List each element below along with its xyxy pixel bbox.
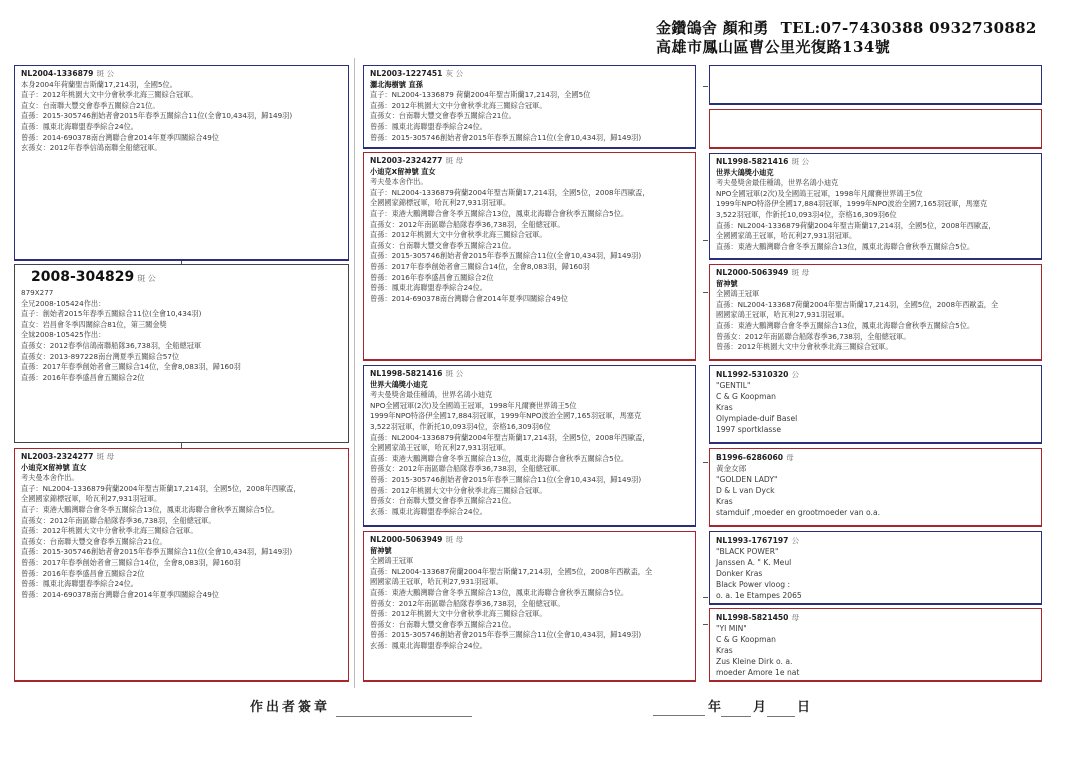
- loft-owner-name: 金鑽鴿舍 顏和勇: [656, 19, 769, 37]
- granddam-maternal-card: NL2000-5063949斑 母 留神號 全國鴿王冠軍 直孫：NL2004-1…: [363, 531, 696, 681]
- sex-color-label: 斑 母: [96, 452, 114, 461]
- achievement-line: 直孫：2015-305746創始者會2015年春季五關綜合11位(全會10,43…: [370, 251, 689, 262]
- sex-color-label: 母: [786, 453, 794, 462]
- info-line: "GENTIL": [716, 380, 1035, 391]
- achievement-line: 曾孫：2015-305746創始者會2015年春季五關綜合11位(全會10,43…: [370, 133, 689, 144]
- achievement-line: 曾孫：2015-305746創始者會2015年春季三關綜合11位(全會10,43…: [370, 630, 689, 641]
- achievement-line: 直孫：2016年春季盛昌會五關綜合2位: [21, 373, 342, 384]
- great-granddam-card-3: B1996-6286060母 黃金女郎 "GOLDEN LADY" D & L …: [709, 448, 1042, 526]
- achievement-line: 直孫女：台南聯大豐交會春季五關綜合21位。: [21, 537, 342, 548]
- achievement-line: 全國鴿王冠軍: [370, 556, 689, 567]
- achievement-line: 曾孫女：2012年南區聯合船隊春季36,738羽，全船總冠軍。: [370, 599, 689, 610]
- ring-number: NL1998-5821450母: [716, 612, 1035, 623]
- sex-color-label: 灰 公: [445, 69, 463, 78]
- achievement-line: 3,522羽冠軍，作新托10,093羽4位，奈格16,309羽6位: [716, 210, 1035, 221]
- achievement-line: NPO全國冠軍(2次)及全國鴿王冠軍，1998年凡爾賽世界鴿王5位: [716, 189, 1035, 200]
- achievement-line: 曾孫：2014-690378南台灣聯合會2014年夏季四關綜合49位: [370, 294, 689, 305]
- achievement-line: 直孫：NL2004-1336879荷蘭2004年聖吉斯蘭17,214羽，全國5位…: [370, 433, 689, 444]
- achievement-line: 考夫曼獎舍最佳種鴿，世界名鴿小迪克: [716, 178, 1035, 189]
- pigeon-name: 留神號: [370, 546, 689, 557]
- signature-label: 作出者簽章: [250, 696, 330, 715]
- sex-color-label: 斑 公: [791, 157, 809, 166]
- connector-line: [703, 292, 708, 293]
- achievement-line: 玄孫：鳳東北海聯盟春季綜合24位。: [370, 641, 689, 652]
- ring-number: NL2003-2324277斑 母: [21, 452, 342, 463]
- achievement-line: 曾孫女：2012年南區聯合船隊春季36,738羽，全船總冠軍。: [716, 332, 1035, 343]
- sex-color-label: 斑 公: [445, 369, 463, 378]
- achievement-line: 1999年NPO特洛伊全國17,884羽冠軍，1999年NPO波治全國7,165…: [716, 199, 1035, 210]
- sex-color-label: 母: [791, 613, 799, 622]
- achievement-line: 曾孫：2016年春季盛昌會五關綜合2位: [21, 569, 342, 580]
- day-blank-line[interactable]: [767, 716, 795, 717]
- info-line: 黃金女郎: [716, 463, 1035, 474]
- achievement-line: 全兄2008-105424作出：: [21, 299, 342, 310]
- granddam-paternal-card: NL2003-2324277斑 母 小迪克X留神號 直女 考夫曼本舍作出。 直子…: [363, 152, 696, 360]
- info-line: moeder Amore 1e nat: [716, 667, 1035, 678]
- info-line: Olympiade-duif Basel: [716, 413, 1035, 424]
- achievement-line: 直孫：2015-305746創始者會2015年春季五關綜合11位(全會10,43…: [21, 111, 342, 122]
- sex-color-label: 斑 母: [445, 535, 463, 544]
- achievement-line: 全妹2008-105425作出：: [21, 330, 342, 341]
- achievement-line: 直子：東港大鵬灣聯合會冬季五關綜合13位，鳳東北海聯合會秋季五關綜合5位。: [370, 209, 689, 220]
- info-line: Janssen A. " K. Meul: [716, 557, 1035, 568]
- achievement-line: 3,522羽冠軍，作新托10,093羽4位，奈格16,309羽6位: [370, 422, 689, 433]
- achievement-line: 直孫：鳳東北海聯盟春季綜合24位。: [21, 122, 342, 133]
- year-label: 年: [708, 696, 724, 715]
- achievement-line: 直子：創始者2015年春季五關綜合11位(全會10,434羽): [21, 309, 342, 320]
- sex-color-label: 公: [791, 370, 799, 379]
- achievement-line: 直孫：東港大鵬灣聯合會冬季五關綜合13位，鳳東北海聯合會秋季五關綜合5位。: [716, 242, 1035, 253]
- info-line: "YI MIN": [716, 623, 1035, 634]
- achievement-line: 直孫：東港大鵬灣聯合會冬季五關綜合13位，鳳東北海聯合會秋季五關綜合5位。: [370, 588, 689, 599]
- sire-card: NL2004-1336879斑 公 本身2004年荷蘭聖吉斯蘭17,214羽，全…: [14, 65, 349, 260]
- achievement-line: 直孫女：2012年南區聯合船隊春季36,738羽，全船總冠軍。: [21, 516, 342, 527]
- header-line-1: 金鑽鴿舍 顏和勇TEL:07-7430388 0932730882: [656, 19, 1056, 38]
- info-line: Black Power vloog :: [716, 579, 1035, 590]
- connector-line: [703, 624, 708, 625]
- achievement-line: 直子：東港大鵬灣聯合會冬季五關綜合13位，鳳東北海聯合會秋季五關綜合5位。: [21, 505, 342, 516]
- pigeon-name: 灑北海樹號 直孫: [370, 80, 689, 91]
- achievement-line: 直孫：NL2004-133687荷蘭2004年聖吉斯蘭17,214羽，全國5位，…: [716, 300, 1035, 311]
- achievement-line: 直孫女：台南聯大豐交會春季五關綜合21位。: [370, 111, 689, 122]
- achievement-line: 國國家鴿王冠軍，哈瓦利27,931羽冠軍。: [370, 577, 689, 588]
- ring-number: NL2003-1227451灰 公: [370, 69, 689, 80]
- sex-color-label: 公: [791, 536, 799, 545]
- achievement-line: 直女：台南聯大豐交會春季五關綜合21位。: [21, 101, 342, 112]
- achievement-line: 曾孫：鳳東北海聯盟春季綜合24位。: [21, 579, 342, 590]
- achievement-line: 考夫曼本舍作出。: [370, 177, 689, 188]
- ring-number: NL2004-1336879斑 公: [21, 69, 342, 80]
- ring-number: NL1992-5310320公: [716, 369, 1035, 380]
- achievement-line: 1999年NPO特洛伊全國17,884羽冠軍，1999年NPO波治全國7,165…: [370, 411, 689, 422]
- achievement-line: 879X277: [21, 288, 342, 299]
- achievement-line: 玄孫：鳳東北海聯盟春季綜合24位。: [370, 507, 689, 518]
- achievement-line: 直孫：2015-305746創始者會2015年春季五關綜合11位(全會10,43…: [21, 547, 342, 558]
- ring-number: NL2003-2324277斑 母: [370, 156, 689, 167]
- pigeon-name: 世界大鴿獎小迪克: [716, 168, 1035, 179]
- info-line: Donker Kras: [716, 568, 1035, 579]
- info-line: C & G Koopman: [716, 634, 1035, 645]
- connector-line: [703, 240, 708, 241]
- pigeon-name: 世界大鴿獎小迪克: [370, 380, 689, 391]
- achievement-line: 曾孫：2017年春季創始者會三關綜合14位，全會8,083羽，歸160羽: [370, 262, 689, 273]
- achievement-line: 直孫：NL2004-133687荷蘭2004年聖吉斯蘭17,214羽，全國5位，…: [370, 567, 689, 578]
- achievement-line: 直孫：東港大鵬灣聯合會冬季五關綜合13位，鳳東北海聯合會秋季五關綜合5位。: [716, 321, 1035, 332]
- connector-line: [703, 86, 708, 87]
- achievement-line: 全國國家鴿王冠軍，哈瓦利27,931羽冠軍。: [716, 231, 1035, 242]
- info-line: "BLACK POWER": [716, 546, 1035, 557]
- info-line: 1997 sportklasse: [716, 424, 1035, 435]
- ring-number: NL2000-5063949斑 母: [716, 268, 1035, 279]
- month-blank-line[interactable]: [721, 716, 751, 717]
- achievement-line: 曾孫：2014-690378南台灣聯合會2014年夏季四關綜合49位: [21, 590, 342, 601]
- achievement-line: 直子：NL2004-1336879 荷蘭2004年聖吉斯蘭17,214羽，全國5…: [370, 90, 689, 101]
- achievement-line: 直孫女：2012春季信鴿南聯船隊36,738羽，全船總冠軍: [21, 341, 342, 352]
- connector-line: [354, 58, 355, 688]
- achievement-line: 全國國家錦標冠軍，哈瓦利27,931羽冠軍。: [21, 494, 342, 505]
- great-granddam-card-2: NL2000-5063949斑 母 留神號 全國鴿王冠軍 直孫：NL2004-1…: [709, 264, 1042, 360]
- achievement-line: 曾孫：2012年桃園大文中分會秋季北海三關綜合冠軍。: [716, 342, 1035, 353]
- pigeon-name: 小迪克X留神號 直女: [370, 167, 689, 178]
- achievement-line: 直孫女：2013-897228南台灣夏季五關綜合57位: [21, 352, 342, 363]
- achievement-line: 直孫女：2012年南區聯合船隊春季36,738羽，全船總冠軍。: [370, 220, 689, 231]
- achievement-line: 曾孫：2017年春季創始者會三關綜合14位，全會8,083羽，歸160羽: [21, 558, 342, 569]
- achievement-line: 曾孫：2012年桃園大文中分會秋季北海三關綜合冠軍。: [370, 486, 689, 497]
- achievement-line: 曾孫：2015-305746創始者會2015年春季三關綜合11位(全會10,43…: [370, 475, 689, 486]
- achievement-line: 玄孫女：2012年春季信鴿南聯全船總冠軍。: [21, 143, 342, 154]
- achievement-line: 曾孫女：2012年南區聯合船隊春季36,738羽，全船總冠軍。: [370, 464, 689, 475]
- achievement-line: 考夫曼獎舍最佳種鴿，世界名鴿小迪克: [370, 390, 689, 401]
- connector-line: [703, 597, 708, 598]
- ring-number: NL1998-5821416斑 公: [370, 369, 689, 380]
- achievement-line: 曾孫：2014-690378南台灣聯合會2014年夏季四關綜合49位: [21, 133, 342, 144]
- info-line: o. a. 1e Etampes 2065: [716, 590, 1035, 601]
- subject-ring-number: 2008-304829斑 公: [21, 268, 342, 288]
- loft-address: 高雄市鳳山區曹公里光復路134號: [656, 38, 1056, 57]
- achievement-line: NPO全國冠軍(2次)及全國鴿王冠軍，1998年凡爾賽世界鴿王5位: [370, 401, 689, 412]
- great-grandsire-card-2: NL1998-5821416斑 公 世界大鴿獎小迪克 考夫曼獎舍最佳種鴿，世界名…: [709, 153, 1042, 259]
- achievement-line: 直女：岩昌會冬季四關綜合81位，第三關金獎: [21, 320, 342, 331]
- ring-number: NL1993-1767197公: [716, 535, 1035, 546]
- achievement-line: 本身2004年荷蘭聖吉斯蘭17,214羽，全國5位。: [21, 80, 342, 91]
- achievement-line: 直孫：2012年桃園大文中分會秋季北海三關綜合冠軍。: [370, 230, 689, 241]
- signature-line[interactable]: [336, 716, 472, 717]
- achievement-line: 直子：NL2004-1336879荷蘭2004年聖吉斯蘭17,214羽，全國5位…: [370, 188, 689, 199]
- achievement-line: 考夫曼本舍作出。: [21, 473, 342, 484]
- info-line: Kras: [716, 645, 1035, 656]
- great-granddam-card-1: [709, 109, 1042, 148]
- info-line: Zus Kleine Dirk o. a.: [716, 656, 1035, 667]
- day-label: 日: [797, 696, 813, 715]
- great-grandsire-card-4: NL1993-1767197公 "BLACK POWER" Janssen A.…: [709, 531, 1042, 604]
- achievement-line: 曾孫女：台南聯大豐交會春季五關綜合21位。: [370, 620, 689, 631]
- achievement-line: 曾孫：鳳東北海聯盟春季綜合24位。: [370, 122, 689, 133]
- great-grandsire-card-3: NL1992-5310320公 "GENTIL" C & G Koopman K…: [709, 365, 1042, 443]
- achievement-line: 曾孫女：台南聯大豐交會春季五關綜合21位。: [370, 496, 689, 507]
- month-label: 月: [753, 696, 769, 715]
- grandsire-maternal-card: NL1998-5821416斑 公 世界大鴿獎小迪克 考夫曼獎舍最佳種鴿，世界名…: [363, 365, 696, 526]
- sex-color-label: 斑 公: [96, 69, 114, 78]
- info-line: D & L van Dyck: [716, 485, 1035, 496]
- achievement-line: 直孫：2017年春季創始者會三關綜合14位，全會8,083羽，歸160羽: [21, 362, 342, 373]
- pigeon-name: 留神號: [716, 279, 1035, 290]
- dam-card: NL2003-2324277斑 母 小迪克X留神號 直女 考夫曼本舍作出。 直子…: [14, 448, 349, 681]
- info-line: stamduif ,moeder en grootmoeder van o.a.: [716, 507, 1035, 518]
- year-blank-line[interactable]: [653, 715, 705, 716]
- info-line: "GOLDEN LADY": [716, 474, 1035, 485]
- achievement-line: 直子：NL2004-1336879荷蘭2004年聖吉斯蘭17,214羽，全國5位…: [21, 484, 342, 495]
- info-line: C & G Koopman: [716, 391, 1035, 402]
- great-grandsire-card-1: [709, 65, 1042, 104]
- sex-color-label: 斑 公: [137, 274, 156, 283]
- achievement-line: 直孫：2012年桃園大文中分會秋季北海三關綜合冠軍。: [21, 526, 342, 537]
- ring-number: B1996-6286060母: [716, 452, 1035, 463]
- achievement-line: 直孫：東港大鵬灣聯合會冬季五關綜合13位，鳳東北海聯合會秋季五關綜合5位。: [370, 454, 689, 465]
- achievement-line: 曾孫：2012年桃園大文中分會秋季北海三關綜合冠軍。: [370, 609, 689, 620]
- telephone: TEL:07-7430388 0932730882: [781, 19, 1037, 37]
- achievement-line: 直孫女：台南聯大豐交會春季五關綜合21位。: [370, 241, 689, 252]
- grandsire-paternal-card: NL2003-1227451灰 公 灑北海樹號 直孫 直子：NL2004-133…: [363, 65, 696, 148]
- great-granddam-card-4: NL1998-5821450母 "YI MIN" C & G Koopman K…: [709, 608, 1042, 681]
- achievement-line: 全國國家錦標冠軍，哈瓦利27,931羽冠軍。: [370, 198, 689, 209]
- ring-number: NL1998-5821416斑 公: [716, 157, 1035, 168]
- achievement-line: 直子：2012年桃園大文中分會秋季北海三關綜合冠軍。: [21, 90, 342, 101]
- ring-number: NL2000-5063949斑 母: [370, 535, 689, 546]
- pigeon-name: 小迪克X留神號 直女: [21, 463, 342, 474]
- achievement-line: 曾孫：鳳東北海聯盟春季綜合24位。: [370, 283, 689, 294]
- achievement-line: 直孫：NL2004-1336879荷蘭2004年聖吉斯蘭17,214羽，全國5位…: [716, 221, 1035, 232]
- achievement-line: 直孫：2012年桃園大文中分會秋季北海三關綜合冠軍。: [370, 101, 689, 112]
- info-line: Kras: [716, 402, 1035, 413]
- achievement-line: 全國國家鴿王冠軍，哈瓦利27,931羽冠軍。: [370, 443, 689, 454]
- info-line: Kras: [716, 496, 1035, 507]
- achievement-line: 全國鴿王冠軍: [716, 289, 1035, 300]
- connector-line: [703, 462, 708, 463]
- achievement-line: 國國家鴿王冠軍，哈瓦利27,931羽冠軍。: [716, 310, 1035, 321]
- breeder-header: 金鑽鴿舍 顏和勇TEL:07-7430388 0932730882 高雄市鳳山區…: [656, 19, 1056, 57]
- achievement-line: 曾孫：2016年春季盛昌會五關綜合2位: [370, 273, 689, 284]
- subject-pigeon-card: 2008-304829斑 公 879X277 全兄2008-105424作出： …: [14, 264, 349, 443]
- sex-color-label: 斑 母: [445, 156, 463, 165]
- sex-color-label: 斑 母: [791, 268, 809, 277]
